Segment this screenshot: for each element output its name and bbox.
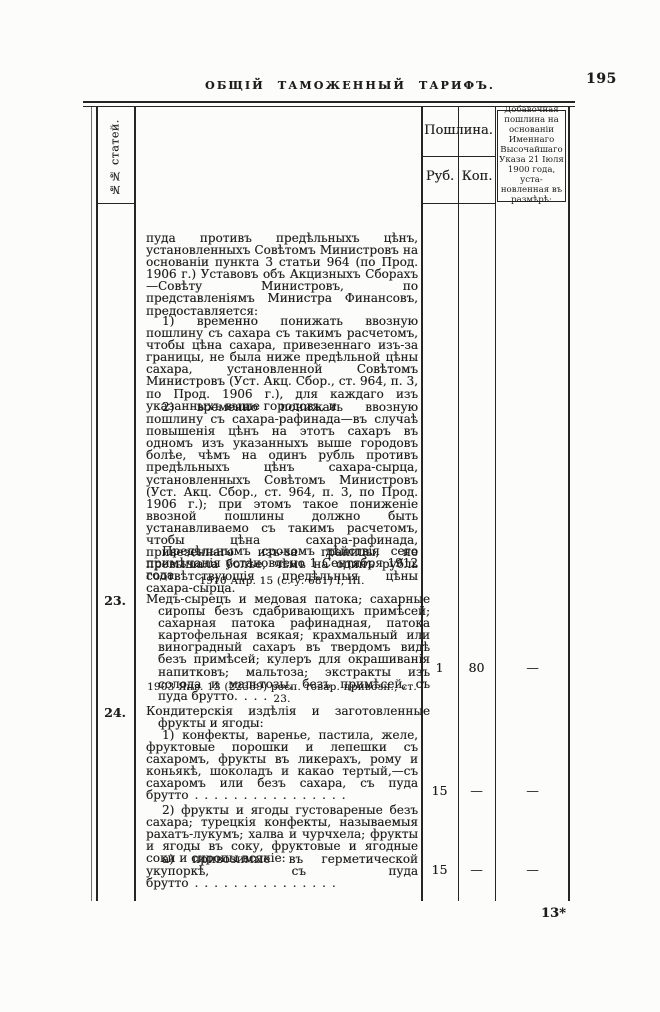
citation-1910: 1910 Апр. 15 (с. у. 681) I, III.: [146, 575, 418, 587]
kop-column-right-rule: [495, 107, 496, 901]
paragraph-clause-1: 1) временно понижать ввозную пошлину съ …: [146, 315, 418, 412]
surtax-header-line: 1900 года, уста-: [498, 166, 565, 186]
page-number: 195: [586, 71, 617, 87]
article-24-sub1-surtax-value: —: [497, 783, 568, 798]
article-24-sub2a-surtax-value: —: [497, 862, 568, 877]
article-23-kop-value: 80: [458, 660, 495, 675]
article-23-surtax-value: —: [497, 660, 568, 675]
rub-kop-divider-rule: [458, 107, 459, 901]
articles-header-underline: [96, 203, 135, 204]
articles-column-rule: [134, 107, 136, 901]
table-top-rule-thick: [83, 101, 575, 103]
table-left-rule: [96, 107, 98, 901]
table-right-rule: [568, 107, 570, 901]
signature-mark: 13*: [541, 906, 566, 921]
duty-header-underline: [421, 156, 496, 157]
surtax-column-header: Добавочная пошлина на основаніи Именнаго…: [497, 110, 566, 202]
article-24-sub1-kop-value: —: [458, 783, 495, 798]
citation-1903: 1903 Янв. 13 (22389) росп. товар. привоз…: [146, 681, 418, 705]
rub-column-header: Руб.: [421, 169, 459, 184]
article-24-sub2a-kop-value: —: [458, 862, 495, 877]
kop-column-header: Коп.: [459, 169, 495, 184]
paragraph-continuation: пуда противъ предѣльныхъ цѣнъ, установле…: [146, 232, 418, 317]
scanned-tariff-page: ОБЩІЙ ТАМОЖЕННЫЙ ТАРИФЪ. 195 №№ статей. …: [0, 0, 660, 1012]
articles-column-header: №№ статей.: [100, 117, 130, 199]
article-number-23: 23.: [96, 593, 134, 608]
article-23-rub-value: 1: [421, 660, 458, 675]
rub-column-left-rule: [421, 107, 423, 901]
duty-column-header: Пошлина.: [421, 123, 496, 138]
article-24-sub1-text: 1) конфекты, варенье, пастила, желе, фру…: [146, 729, 418, 802]
article-24-intro: Кондитерскія издѣлія и заготовленные фру…: [146, 705, 430, 729]
article-24-sub1-rub-value: 15: [421, 783, 458, 798]
surtax-header-line: размѣрѣ:: [498, 196, 565, 206]
table-left-outer-rule: [91, 107, 92, 901]
article-24-sub2a-text: а) привозимые въ герметической укупоркѣ,…: [146, 853, 418, 889]
duty-subheader-underline: [421, 203, 496, 204]
article-24-sub2a-rub-value: 15: [421, 862, 458, 877]
article-number-24: 24.: [96, 705, 134, 720]
running-title: ОБЩІЙ ТАМОЖЕННЫЙ ТАРИФЪ.: [140, 79, 560, 92]
